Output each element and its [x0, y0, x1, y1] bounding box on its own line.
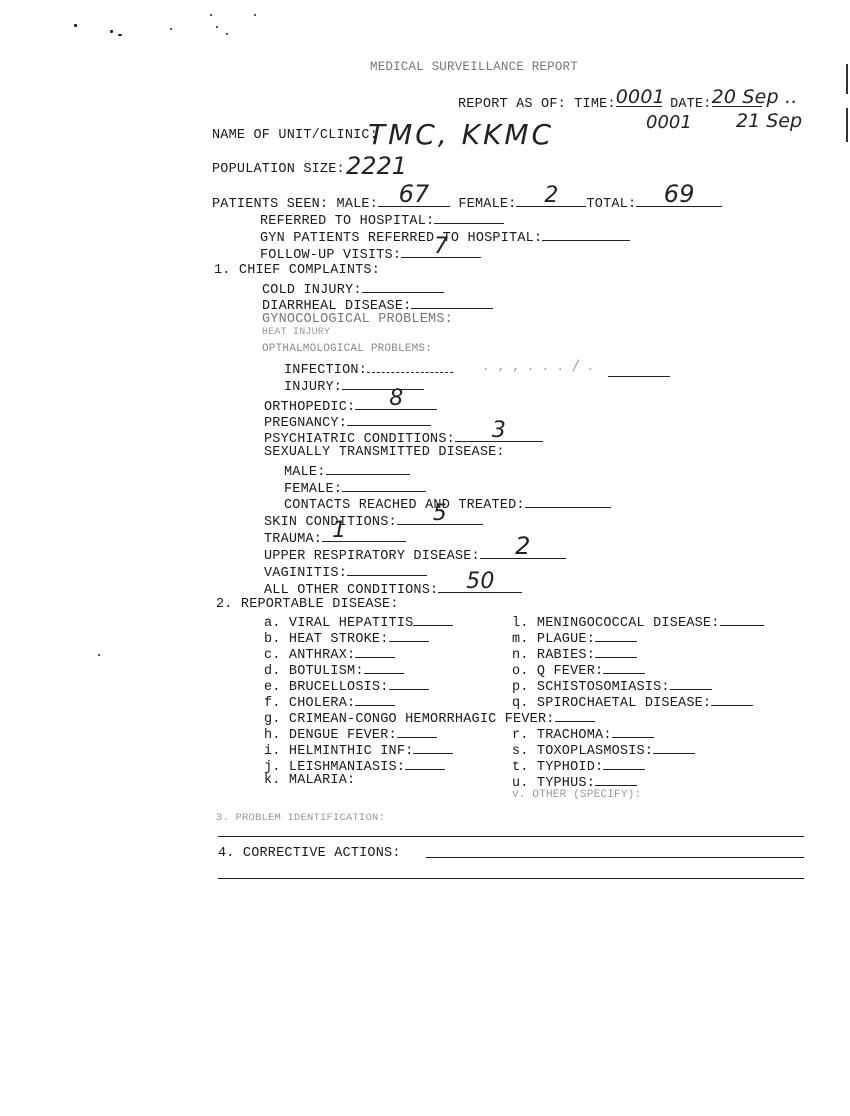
report-as-of-label: REPORT AS OF:	[458, 97, 566, 112]
scan-speck	[210, 14, 212, 16]
time-label: TIME:	[574, 97, 616, 112]
followup-label: FOLLOW-UP VISITS:	[260, 248, 401, 263]
leishmaniasis-field[interactable]	[405, 757, 445, 770]
std-male-label: MALE:	[284, 465, 326, 480]
upper-resp-label: UPPER RESPIRATORY DISEASE:	[264, 549, 480, 564]
female-field[interactable]: 2	[516, 194, 586, 207]
trauma-label: TRAUMA:	[264, 532, 322, 547]
referred-field[interactable]	[434, 211, 504, 224]
report-title: MEDICAL SURVEILLANCE REPORT	[370, 60, 578, 74]
rabies-field[interactable]	[595, 645, 637, 658]
unit-value[interactable]: TMC, KKMC	[368, 118, 554, 151]
skin-field[interactable]: 5	[397, 512, 483, 525]
helminthic-field[interactable]	[413, 741, 453, 754]
corrective-actions-line-1[interactable]	[426, 857, 804, 858]
q-fever-field[interactable]	[603, 661, 645, 674]
gyn-referred-field[interactable]	[542, 228, 630, 241]
opthalmological-label: OPTHALMOLOGICAL PROBLEMS:	[262, 343, 432, 355]
vaginitis-label: VAGINITIS:	[264, 566, 347, 581]
population-value[interactable]: 2221	[346, 152, 407, 180]
cold-injury-field[interactable]	[362, 280, 444, 293]
reportable-disease-heading: 2. REPORTABLE DISEASE:	[216, 597, 399, 612]
corrective-actions-heading: 4. CORRECTIVE ACTIONS:	[218, 846, 401, 861]
scan-edge	[846, 108, 848, 142]
spirochaetal-label: q. SPIROCHAETAL DISEASE:	[512, 696, 711, 711]
scan-speck	[98, 654, 100, 656]
date-label: DATE:	[670, 97, 712, 112]
meningococcal-field[interactable]	[720, 613, 764, 626]
contacts-field[interactable]	[525, 495, 611, 508]
total-field[interactable]: 69	[636, 194, 722, 207]
heat-stroke-field[interactable]	[389, 629, 429, 642]
std-label: SEXUALLY TRANSMITTED DISEASE:	[264, 445, 505, 460]
botulism-field[interactable]	[364, 661, 404, 674]
unit-label: NAME OF UNIT/CLINIC:	[212, 128, 378, 143]
brucellosis-field[interactable]	[389, 677, 429, 690]
infection-illegible-note: . , , . . . / .	[484, 358, 596, 374]
problem-identification-heading: 3. PROBLEM IDENTIFICATION:	[216, 812, 385, 824]
scan-speck	[254, 14, 256, 16]
report-as-of-row: REPORT AS OF: TIME:0001 DATE:20 Sep ..	[458, 94, 762, 112]
unit-row: NAME OF UNIT/CLINIC:	[212, 128, 378, 143]
patients-seen-label: PATIENTS SEEN:	[212, 197, 328, 212]
typhoid-field[interactable]	[603, 757, 645, 770]
female-label: FEMALE:	[458, 197, 516, 212]
gynocological-label: GYNOCOLOGICAL PROBLEMS:	[262, 312, 453, 327]
vaginitis-field[interactable]	[347, 563, 427, 576]
chief-complaints-heading: 1. CHIEF COMPLAINTS:	[214, 263, 380, 278]
total-label: TOTAL:	[586, 197, 636, 212]
problem-identification-line[interactable]	[218, 836, 804, 837]
scan-speck	[118, 34, 122, 36]
referred-label: REFERRED TO HOSPITAL:	[260, 214, 434, 229]
all-other-field[interactable]: 50	[438, 580, 522, 593]
scan-speck	[110, 30, 113, 33]
toxoplasmosis-field[interactable]	[653, 741, 695, 754]
scan-speck	[226, 33, 228, 35]
time-field[interactable]: 0001	[616, 94, 662, 107]
male-label: MALE:	[337, 197, 379, 212]
patients-seen-row: PATIENTS SEEN: MALE:67 FEMALE:2TOTAL:69	[212, 194, 722, 212]
infection-field[interactable]	[367, 360, 453, 373]
scan-speck	[74, 24, 77, 27]
trachoma-field[interactable]	[612, 725, 654, 738]
malaria-label: k. MALARIA:	[264, 773, 355, 788]
followup-field[interactable]: 7	[401, 245, 481, 258]
diarrheal-field[interactable]	[411, 296, 493, 309]
population-label: POPULATION SIZE:	[212, 162, 345, 177]
upper-resp-field[interactable]: 2	[480, 546, 566, 559]
heat-injury-label: HEAT INJURY	[262, 327, 330, 338]
scan-edge	[846, 64, 848, 94]
all-other-label: ALL OTHER CONDITIONS:	[264, 583, 438, 598]
corrective-actions-line-2[interactable]	[218, 878, 804, 879]
anthrax-field[interactable]	[355, 645, 395, 658]
pregnancy-field[interactable]	[347, 413, 431, 426]
orthopedic-field[interactable]: 8	[355, 397, 437, 410]
trauma-field[interactable]: 1	[322, 529, 406, 542]
infection-label: INFECTION:	[284, 363, 367, 378]
male-field[interactable]: 67	[378, 194, 450, 207]
other-specify-label: v. OTHER (SPECIFY):	[512, 789, 641, 801]
std-female-field[interactable]	[342, 479, 426, 492]
dengue-field[interactable]	[397, 725, 437, 738]
scan-speck	[170, 28, 172, 30]
date-value-second: 21 Sep	[736, 110, 802, 132]
typhus-field[interactable]	[595, 773, 637, 786]
std-male-field[interactable]	[326, 462, 410, 475]
schistosomiasis-field[interactable]	[670, 677, 712, 690]
spirochaetal-field[interactable]	[711, 693, 753, 706]
infection-extra-line	[608, 376, 670, 377]
time-value-second: 0001	[646, 112, 692, 133]
scan-speck	[216, 26, 218, 28]
date-field[interactable]: 20 Sep ..	[712, 94, 762, 107]
psychiatric-field[interactable]: 3	[455, 429, 543, 442]
ophth-injury-label: INJURY:	[284, 380, 342, 395]
plague-field[interactable]	[595, 629, 637, 642]
viral-hepatitis-field[interactable]	[413, 613, 453, 626]
cholera-field[interactable]	[355, 693, 395, 706]
